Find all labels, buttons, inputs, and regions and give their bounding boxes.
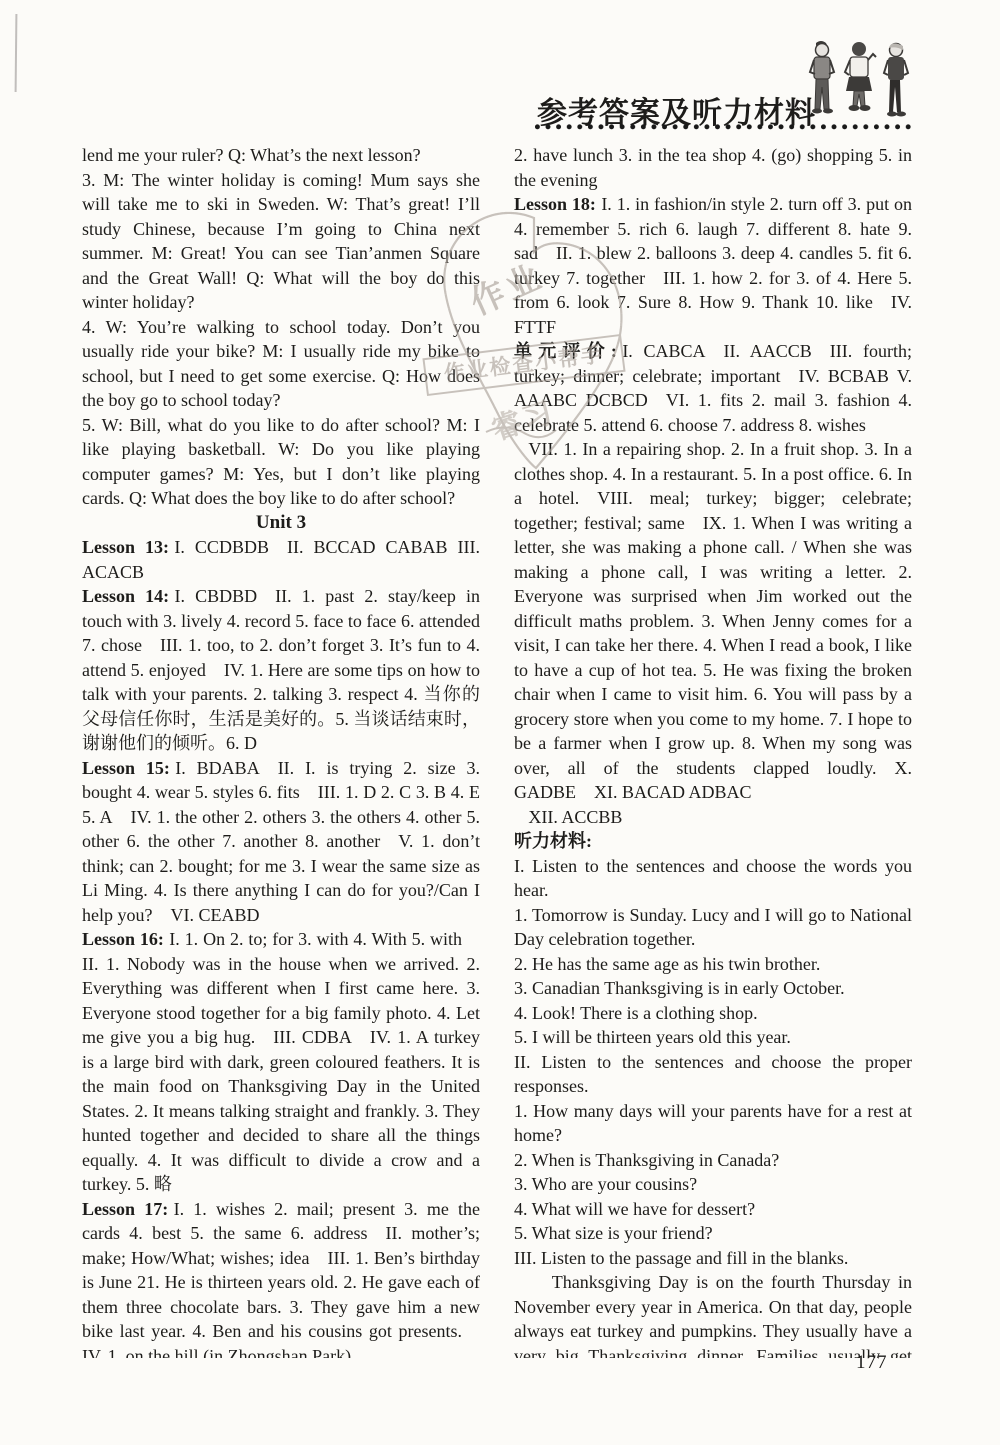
- left-column: lend me your ruler? Q: What’s the next l…: [82, 143, 480, 1358]
- unit-review-answers: 单元评价:I. CABCA II. AACCB III. fourth; tur…: [514, 339, 912, 437]
- listening-item: 3. Who are your cousins?: [514, 1172, 912, 1197]
- listening-materials-heading: 听力材料:: [514, 829, 912, 854]
- listening-item: 3. Canadian Thanksgiving is in early Oct…: [514, 976, 912, 1001]
- listening-section-1: I. Listen to the sentences and choose th…: [514, 854, 912, 903]
- listening-item: 5. I will be thirteen years old this yea…: [514, 1025, 912, 1050]
- lesson-15-answers: Lesson 15:I. BDABA II. I. is trying 2. s…: [82, 756, 480, 928]
- right-column: 2. have lunch 3. in the tea shop 4. (go)…: [514, 143, 912, 1358]
- listening-section-2: II. Listen to the sentences and choose t…: [514, 1050, 912, 1099]
- listening-item: 4. What will we have for dessert?: [514, 1197, 912, 1222]
- listening-item: 1. Tomorrow is Sunday. Lucy and I will g…: [514, 903, 912, 952]
- listening-item: 2. When is Thanksgiving in Canada?: [514, 1148, 912, 1173]
- listening-dialogue-4: 4. W: You’re walking to school today. Do…: [82, 315, 480, 413]
- unit-3-heading: Unit 3: [82, 511, 480, 536]
- unit-review-answers-2: VII. 1. In a repairing shop. 2. In a fru…: [514, 437, 912, 805]
- lesson-17-continued: 2. have lunch 3. in the tea shop 4. (go)…: [514, 143, 912, 192]
- lesson-17-answers: Lesson 17:I. 1. wishes 2. mail; present …: [82, 1197, 480, 1359]
- lesson-13-answers: Lesson 13:I. CCDBDB II. BCCAD CABAB III.…: [82, 535, 480, 584]
- scan-artifact-line: [15, 14, 18, 92]
- unit-review-answers-3: XII. ACCBB: [514, 805, 912, 830]
- lesson-14-label: Lesson 14:: [82, 586, 169, 606]
- continued-paragraph: lend me your ruler? Q: What’s the next l…: [82, 143, 480, 168]
- lesson-14-answers: Lesson 14:I. CBDBD II. 1. past 2. stay/k…: [82, 584, 480, 756]
- lesson-16-answers: Lesson 16:I. 1. On 2. to; for 3. with 4.…: [82, 927, 480, 1197]
- listening-item: 1. How many days will your parents have …: [514, 1099, 912, 1148]
- unit-review-label: 单元评价:: [514, 341, 617, 361]
- lesson-16-label: Lesson 16:: [82, 929, 164, 949]
- listening-dialogue-3: 3. M: The winter holiday is coming! Mum …: [82, 168, 480, 315]
- lesson-13-label: Lesson 13:: [82, 537, 169, 557]
- lesson-18-answers: Lesson 18:I. 1. in fashion/in style 2. t…: [514, 192, 912, 339]
- dotted-divider: [535, 124, 913, 131]
- listening-item: 4. Look! There is a clothing shop.: [514, 1001, 912, 1026]
- lesson-15-label: Lesson 15:: [82, 758, 170, 778]
- listening-item: 5. What size is your friend?: [514, 1221, 912, 1246]
- listening-item: 2. He has the same age as his twin broth…: [514, 952, 912, 977]
- listening-section-3: III. Listen to the passage and fill in t…: [514, 1246, 912, 1271]
- cartoon-students-icon: [804, 40, 914, 124]
- listening-passage: Thanksgiving Day is on the fourth Thursd…: [514, 1270, 912, 1358]
- listening-dialogue-5: 5. W: Bill, what do you like to do after…: [82, 413, 480, 511]
- page-body: lend me your ruler? Q: What’s the next l…: [82, 143, 912, 1358]
- answer-key-page: 参考答案及听力材料 lend me your ruler? Q: What’s …: [0, 0, 1000, 1445]
- page-number: 177: [856, 1352, 888, 1374]
- lesson-18-label: Lesson 18:: [514, 194, 596, 214]
- lesson-17-label: Lesson 17:: [82, 1199, 168, 1219]
